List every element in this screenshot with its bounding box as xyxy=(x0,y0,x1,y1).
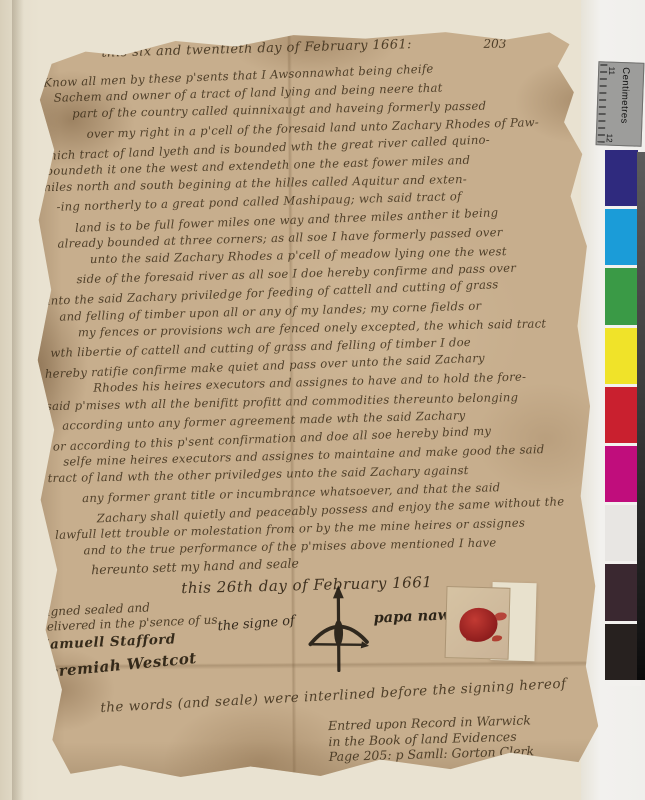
color-patch xyxy=(605,564,638,620)
red-wax-seal xyxy=(459,607,498,642)
color-patch xyxy=(605,150,638,206)
parchment-deed: 203 this six and twentieth day of Februa… xyxy=(25,26,605,780)
ruler-tick-marks xyxy=(598,64,608,142)
color-patch xyxy=(605,505,638,561)
color-patch xyxy=(605,624,638,680)
deed-heading-date: this six and twentieth day of February 1… xyxy=(101,37,412,61)
witness-block: Signed sealed and delivered in the p'sen… xyxy=(38,598,219,677)
color-patch xyxy=(605,387,638,443)
ruler-number-11: 11 xyxy=(607,67,616,76)
centimetre-ruler-card: 11 12 Centimetres xyxy=(596,61,645,147)
signe-of-label: the signe of xyxy=(217,613,295,634)
record-entry-note: Entred upon Record in Warwickin the Book… xyxy=(328,712,535,764)
mount-edge-shadow xyxy=(12,0,24,800)
page-number: 203 xyxy=(483,37,506,51)
deed-body-text: Know all men by these p'sents that I Aws… xyxy=(37,57,590,562)
ruler-label: Centimetres xyxy=(618,67,631,124)
color-patch xyxy=(605,446,638,502)
seal-paper-patch xyxy=(445,586,511,660)
grayscale-wedge xyxy=(637,152,645,680)
color-patch xyxy=(605,209,638,265)
photograph-of-1661-deed: 203 this six and twentieth day of Februa… xyxy=(0,0,645,800)
color-patch xyxy=(605,268,638,324)
color-patch xyxy=(605,328,638,384)
color-calibration-strip xyxy=(602,148,641,686)
ruler-number-12: 12 xyxy=(605,134,614,143)
witness-signature-2: Jeremiah Westcot xyxy=(40,647,219,682)
bow-and-arrow-mark-icon xyxy=(305,580,372,682)
